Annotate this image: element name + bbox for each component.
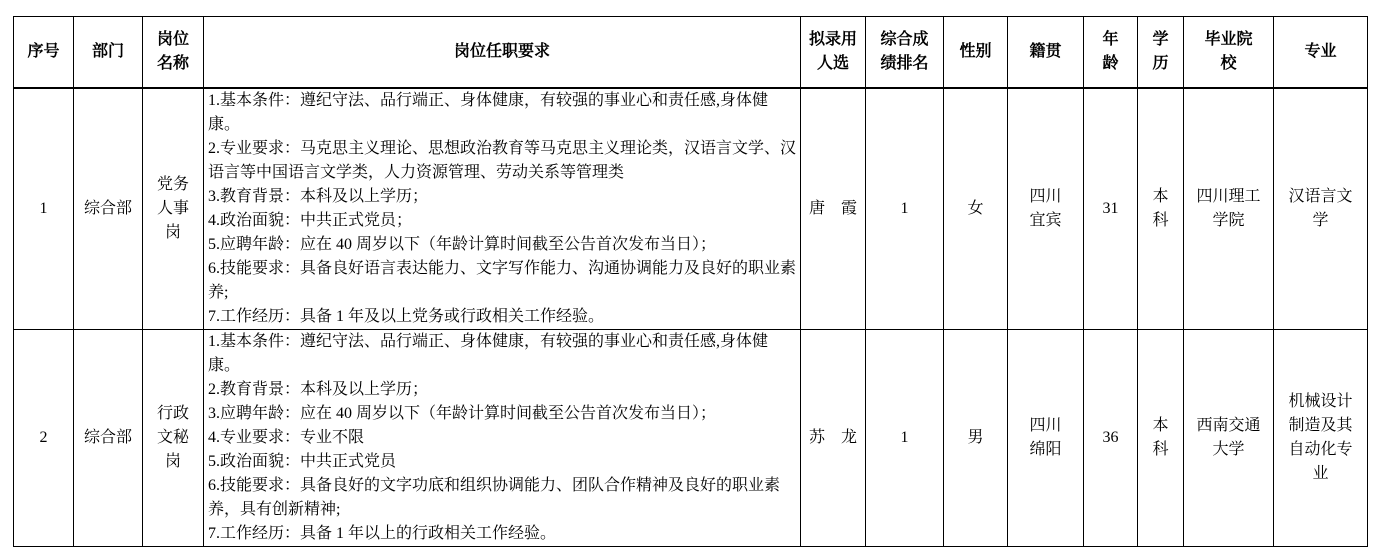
requirement-line: 6.技能要求：具备良好的文字功底和组织协调能力、团队合作精神及良好的职业素养，具… <box>208 474 796 522</box>
col-header-candidate: 拟录用 人选 <box>801 17 866 89</box>
col-header-hometown: 籍贯 <box>1008 17 1084 89</box>
col-header-requirements: 岗位任职要求 <box>204 17 801 89</box>
col-header-gender: 性别 <box>944 17 1008 89</box>
table-row: 1 综合部 党务 人事 岗 1.基本条件：遵纪守法、品行端正、身体健康，有较强的… <box>14 88 1368 330</box>
requirement-line: 3.教育背景：本科及以上学历； <box>208 185 796 209</box>
table-row: 2 综合部 行政 文秘 岗 1.基本条件：遵纪守法、品行端正、身体健康，有较强的… <box>14 330 1368 547</box>
cell-department: 综合部 <box>74 88 143 330</box>
cell-hometown: 四川 绵阳 <box>1008 330 1084 547</box>
requirement-line: 5.政治面貌：中共正式党员 <box>208 450 796 474</box>
col-header-position-name: 岗位 名称 <box>143 17 204 89</box>
cell-position-name: 行政 文秘 岗 <box>143 330 204 547</box>
cell-department: 综合部 <box>74 330 143 547</box>
requirement-line: 4.专业要求：专业不限 <box>208 426 796 450</box>
cell-index: 1 <box>14 88 74 330</box>
col-header-major: 专业 <box>1274 17 1368 89</box>
cell-candidate: 苏 龙 <box>801 330 866 547</box>
cell-school: 四川理工 学院 <box>1184 88 1274 330</box>
col-header-school: 毕业院 校 <box>1184 17 1274 89</box>
cell-major: 汉语言文 学 <box>1274 88 1368 330</box>
cell-gender: 女 <box>944 88 1008 330</box>
cell-position-name: 党务 人事 岗 <box>143 88 204 330</box>
cell-requirements: 1.基本条件：遵纪守法、品行端正、身体健康，有较强的事业心和责任感,身体健康。2… <box>204 330 801 547</box>
requirement-line: 6.技能要求：具备良好语言表达能力、文字写作能力、沟通协调能力及良好的职业素养; <box>208 257 796 305</box>
requirement-line: 2.专业要求：马克思主义理论、思想政治教育等马克思主义理论类，汉语言文学、汉语言… <box>208 137 796 185</box>
requirement-line: 7.工作经历：具备 1 年及以上党务或行政相关工作经验。 <box>208 305 796 329</box>
cell-education: 本 科 <box>1138 330 1184 547</box>
page: 序号 部门 岗位 名称 岗位任职要求 拟录用 人选 综合成 绩排名 性别 籍贯 … <box>0 0 1378 547</box>
cell-education: 本 科 <box>1138 88 1184 330</box>
col-header-rank: 综合成 绩排名 <box>866 17 944 89</box>
col-header-department: 部门 <box>74 17 143 89</box>
cell-age: 31 <box>1084 88 1138 330</box>
requirement-line: 5.应聘年龄：应在 40 周岁以下（年龄计算时间截至公告首次发布当日）； <box>208 233 796 257</box>
cell-candidate: 唐 霞 <box>801 88 866 330</box>
cell-rank: 1 <box>866 88 944 330</box>
requirement-line: 4.政治面貌：中共正式党员； <box>208 209 796 233</box>
requirement-line: 1.基本条件：遵纪守法、品行端正、身体健康，有较强的事业心和责任感,身体健康。 <box>208 330 796 378</box>
cell-major: 机械设计 制造及其 自动化专 业 <box>1274 330 1368 547</box>
recruitment-table: 序号 部门 岗位 名称 岗位任职要求 拟录用 人选 综合成 绩排名 性别 籍贯 … <box>13 16 1368 547</box>
cell-index: 2 <box>14 330 74 547</box>
cell-requirements: 1.基本条件：遵纪守法、品行端正、身体健康，有较强的事业心和责任感,身体健康。2… <box>204 88 801 330</box>
col-header-index: 序号 <box>14 17 74 89</box>
cell-age: 36 <box>1084 330 1138 547</box>
requirement-line: 1.基本条件：遵纪守法、品行端正、身体健康，有较强的事业心和责任感,身体健康。 <box>208 89 796 137</box>
col-header-education: 学 历 <box>1138 17 1184 89</box>
col-header-age: 年 龄 <box>1084 17 1138 89</box>
requirement-line: 2.教育背景：本科及以上学历； <box>208 378 796 402</box>
cell-hometown: 四川 宜宾 <box>1008 88 1084 330</box>
cell-school: 西南交通 大学 <box>1184 330 1274 547</box>
requirement-line: 7.工作经历：具备 1 年以上的行政相关工作经验。 <box>208 522 796 546</box>
header-row: 序号 部门 岗位 名称 岗位任职要求 拟录用 人选 综合成 绩排名 性别 籍贯 … <box>14 17 1368 89</box>
requirement-line: 3.应聘年龄：应在 40 周岁以下（年龄计算时间截至公告首次发布当日）； <box>208 402 796 426</box>
cell-gender: 男 <box>944 330 1008 547</box>
cell-rank: 1 <box>866 330 944 547</box>
